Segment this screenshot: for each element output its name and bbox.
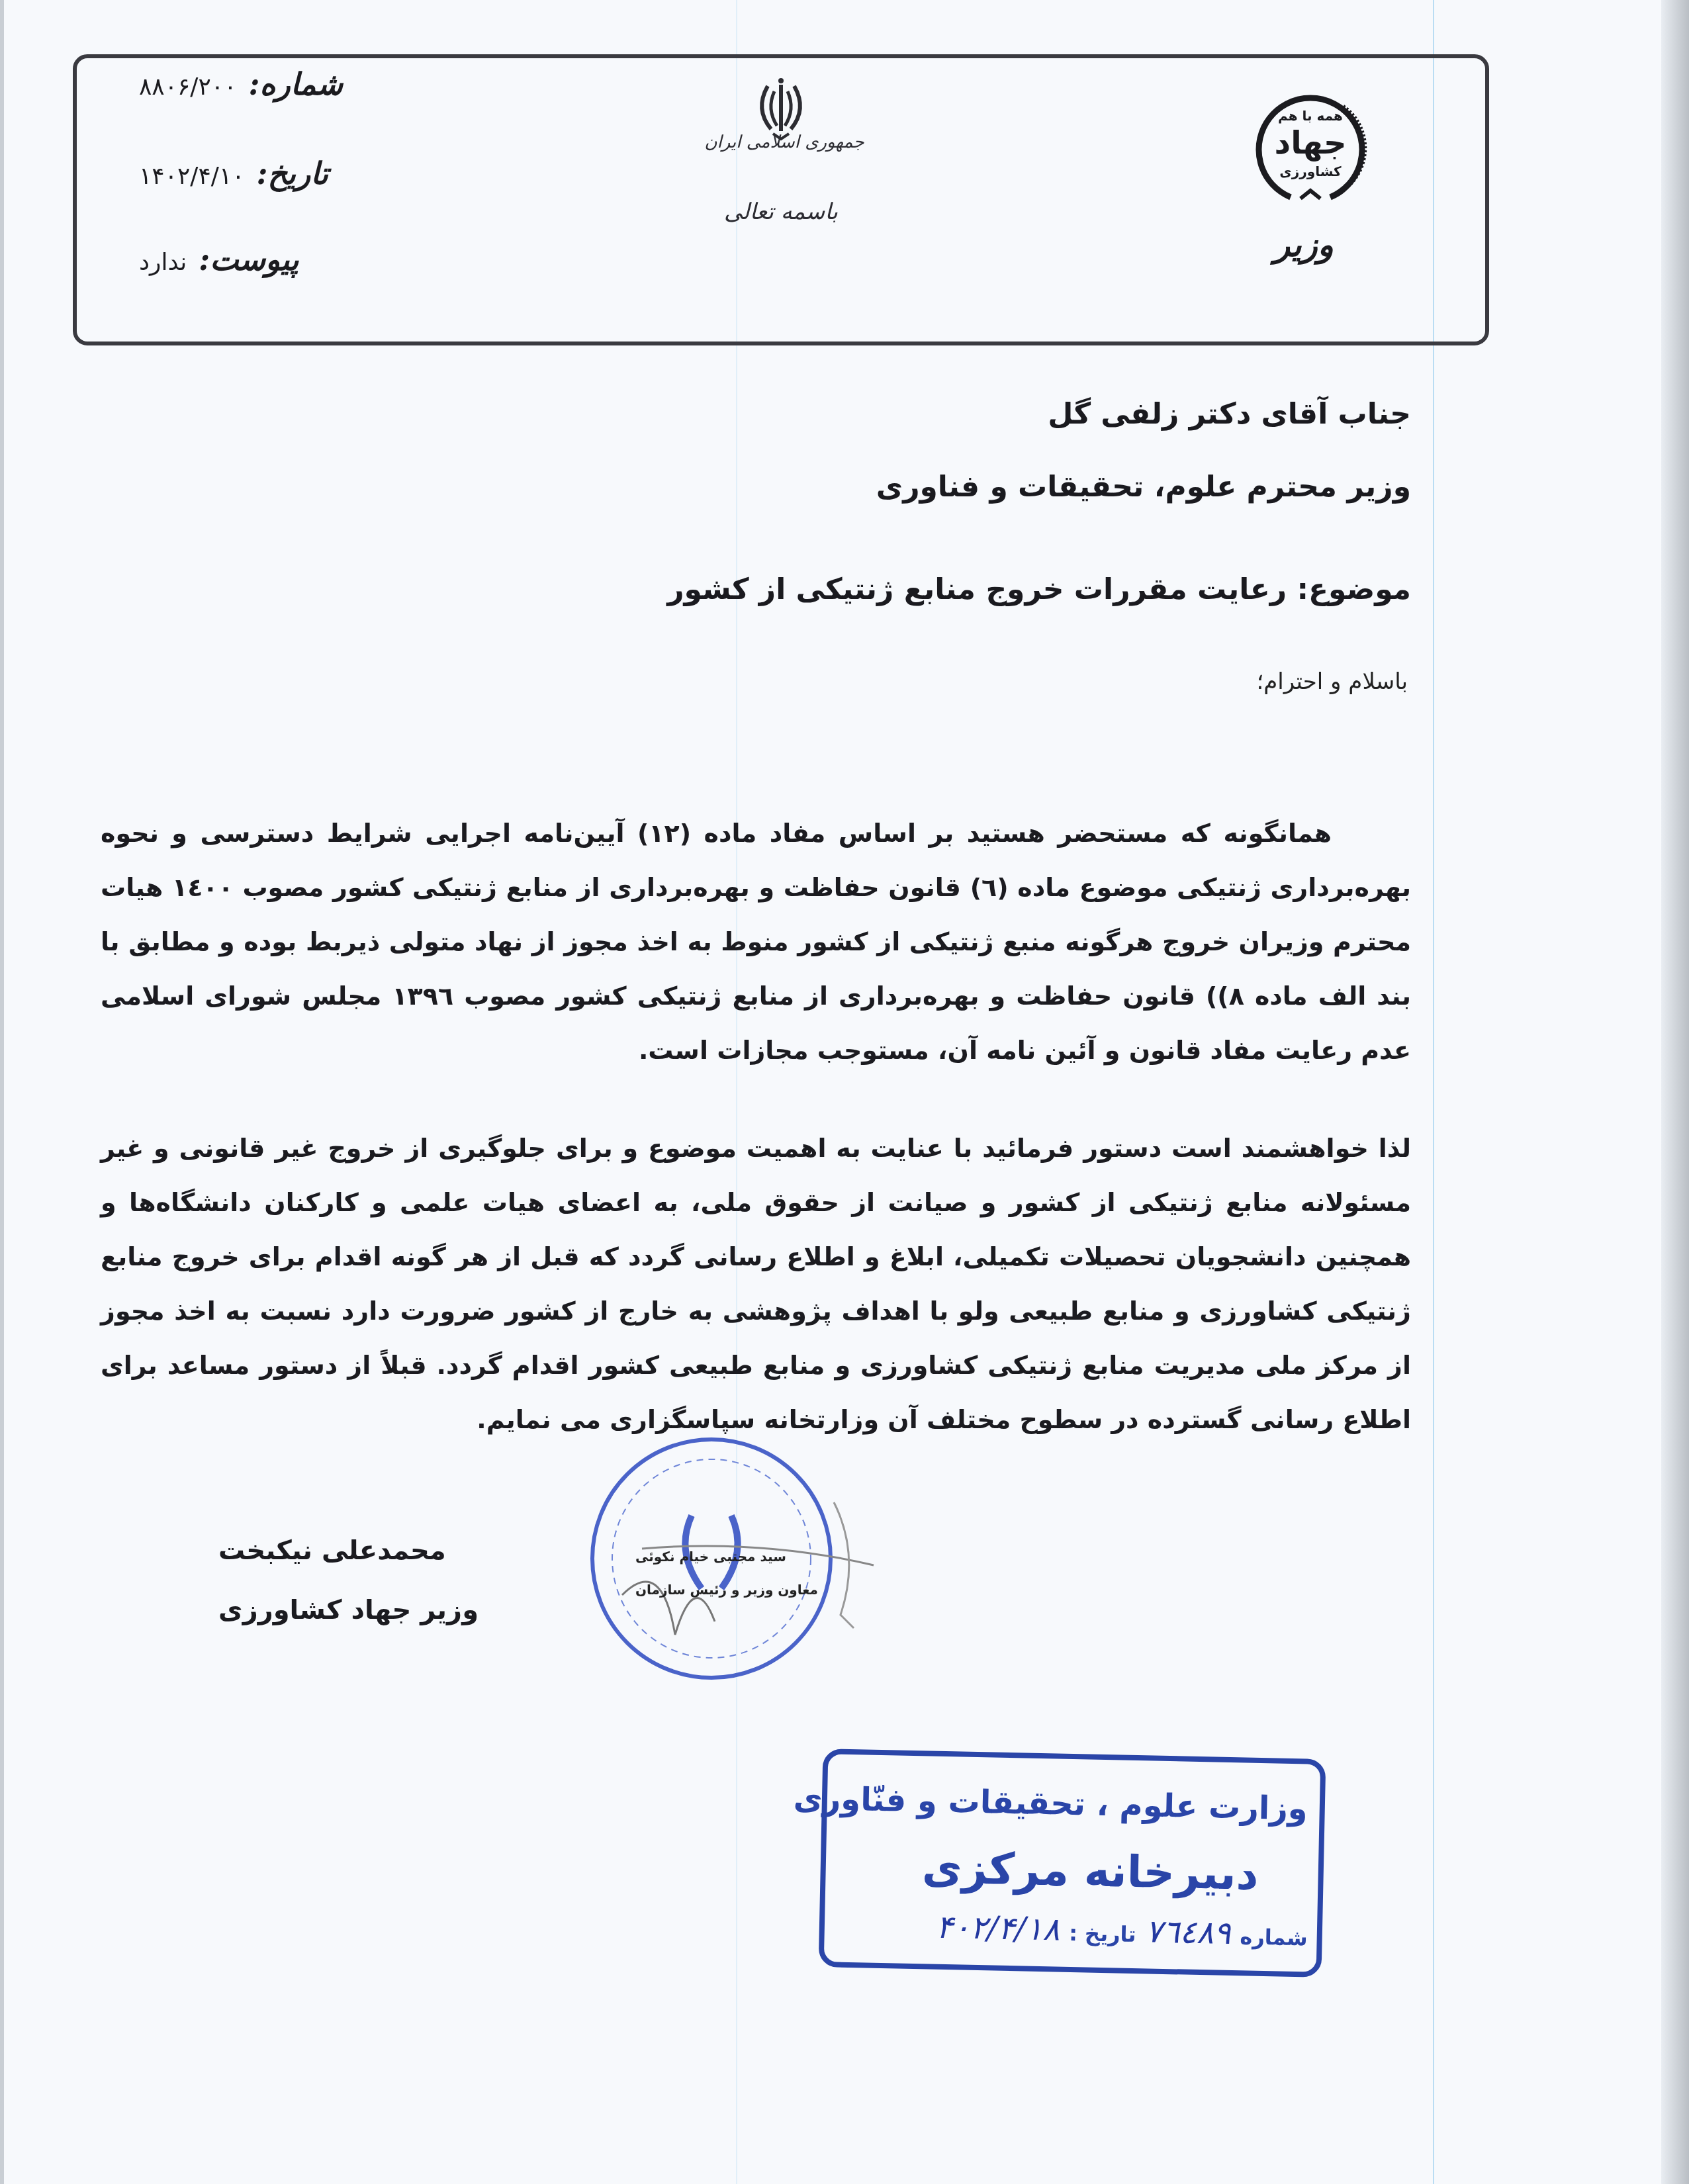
- bismillah-text: باسمه تعالی: [715, 199, 847, 225]
- signatory-name: محمدعلی نیکبخت: [218, 1535, 446, 1566]
- body-paragraph-2: لذا خواهشمند است دستور فرمائید با عنایت …: [101, 1121, 1411, 1447]
- registry-office: دبیرخانه مرکزی: [921, 1842, 1259, 1900]
- registry-number-date: شماره ۷٦٤۸۹ تاریخ : ۴۰۲/۴/۱۸: [936, 1909, 1308, 1954]
- svg-text:همه با هم: همه با هم: [1278, 108, 1343, 124]
- seal-signer-name: سید مجتبی خیام نکوئی: [635, 1549, 786, 1565]
- registry-stamp: وزارت علوم ، تحقیقات و فنّاوری دبیرخانه …: [819, 1749, 1326, 1978]
- registry-date-value: ۴۰۲/۴/۱۸: [936, 1909, 1060, 1948]
- republic-text: جمهوری اسلامی ایران: [702, 132, 867, 152]
- addressee-name: جناب آقای دکتر زلفی گل: [1048, 397, 1411, 431]
- registry-date-label: تاریخ :: [1069, 1921, 1136, 1947]
- subject-line: موضوع: رعایت مقررات خروج منابع ژنتیکی از…: [667, 572, 1411, 606]
- sender-title: وزیر: [1261, 225, 1347, 264]
- signatory-title: وزیر جهاد کشاورزی: [218, 1595, 479, 1625]
- addressee-title: وزیر محترم علوم، تحقیقات و فناوری: [876, 470, 1411, 504]
- letter-date: تاریخ: ۱۴۰۲/۴/۱۰: [139, 156, 328, 191]
- registry-number-label: شماره: [1240, 1924, 1308, 1950]
- date-value: ۱۴۰۲/۴/۱۰: [139, 163, 245, 190]
- seal-signer-title: معاون وزیر و رئیس سازمان: [635, 1582, 818, 1598]
- scan-edge-left: [0, 0, 4, 2184]
- attachment-value: ندارد: [139, 249, 187, 276]
- attachment-label: پیوست:: [199, 242, 298, 277]
- number-value: ۸۸۰۶/۲۰۰: [139, 73, 236, 101]
- svg-text:جهاد: جهاد: [1275, 124, 1347, 161]
- registry-number-value: ۷٦٤۸۹: [1145, 1913, 1231, 1952]
- greeting: باسلام و احترام؛: [1257, 668, 1408, 695]
- registry-ministry: وزارت علوم ، تحقیقات و فنّاوری: [793, 1780, 1308, 1827]
- jihad-agriculture-logo-icon: همه با هم جهاد کشاورزی: [1244, 79, 1377, 212]
- letter-number: شماره: ۸۸۰۶/۲۰۰: [139, 66, 343, 102]
- date-label: تاریخ:: [257, 156, 329, 191]
- number-label: شماره:: [248, 66, 342, 102]
- scan-edge-right: [1661, 0, 1689, 2184]
- body-paragraph-1: همانگونه که مستحضر هستید بر اساس مفاد ما…: [101, 806, 1411, 1077]
- svg-text:کشاورزی: کشاورزی: [1279, 163, 1342, 179]
- letter-attachment: پیوست: ندارد: [139, 242, 298, 277]
